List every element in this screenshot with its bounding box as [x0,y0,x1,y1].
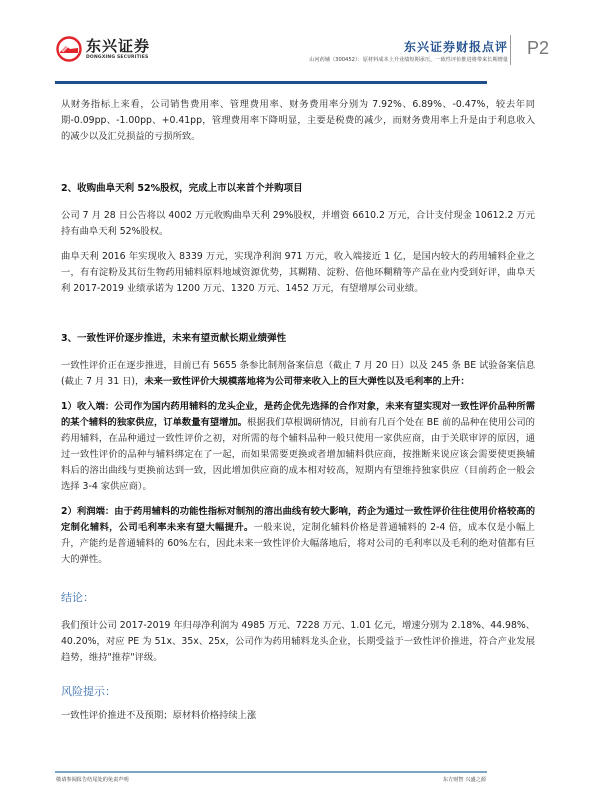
footer-rule [55,771,487,773]
risk-paragraph: 一致性评价推进不及预期；原材料价格持续上涨 [61,708,535,724]
conclusion-paragraph: 我们预计公司 2017-2019 年归母净利润为 4985 万元、7228 万元… [61,618,535,666]
section-3-heading: 3、一致性评价逐步推进，未来有望贡献长期业绩弹性 [61,331,535,347]
company-logo: 东兴证券 DONGXING SECURITIES [56,36,150,62]
logo-english-name: DONGXING SECURITIES [86,55,150,61]
disclaimer-note: 敬请参阅报告结尾处的免责声明 [56,776,129,783]
section-2-heading: 2、收购曲阜天利 52%股权，完成上市以来首个并购项目 [61,181,535,197]
financial-ratios-paragraph: 从财务指标上来看，公司销售费用率、管理费用率、财务费用率分别为 7.92%、6.… [61,97,535,145]
conclusion-heading: 结论： [61,590,535,606]
logo-chinese-name: 东兴证券 [86,38,150,55]
acquisition-paragraph: 公司 7 月 28 日公告将以 4002 万元收购曲阜天利 29%股权，并增资 … [61,208,535,240]
page-header: 东兴证券 DONGXING SECURITIES 东兴证券财报点评 山河药辅（3… [0,0,596,85]
dongxing-logo-icon [56,36,82,62]
profit-side-paragraph: 2）利润端：由于药用辅料的功能性指标对制剂的溶出曲线有较大影响，药企为通过一致性… [61,504,535,568]
consistency-bold-text: 未来一致性评价大规模落地将为公司带来收入上的巨大弹性以及毛利率的上升： [144,376,469,387]
qufu-tianli-paragraph: 曲阜天利 2016 年实现收入 8339 万元，实现净利润 971 万元，收入端… [61,249,535,297]
consistency-evaluation-paragraph: 一致性评价正在逐步推进，目前已有 5655 条参比制剂备案信息（截止 7 月 2… [61,358,535,390]
header-divider [510,35,511,65]
page-number: P2 [527,38,549,59]
report-type-title: 东兴证券财报点评 [404,38,508,55]
header-rule [55,81,487,84]
revenue-side-paragraph: 1）收入端：公司作为国内药用辅料的龙头企业，是药企优先选择的合作对象，未来有望实… [61,399,535,495]
risk-heading: 风险提示： [61,684,535,700]
report-body: 从财务指标上来看，公司销售费用率、管理费用率、财务费用率分别为 7.92%、6.… [61,97,535,733]
report-subtitle: 山河药辅（300452）：原材料成本上升业绩短期承压，一致性评价推进将带来长期增… [309,56,508,63]
revenue-side-text: 根据我们草根调研情况，目前有几百个处在 BE 前的品种在使用公司的药用辅料，在品… [61,417,535,492]
footer-slogan: 东方财智 兴盛之源 [443,776,486,783]
